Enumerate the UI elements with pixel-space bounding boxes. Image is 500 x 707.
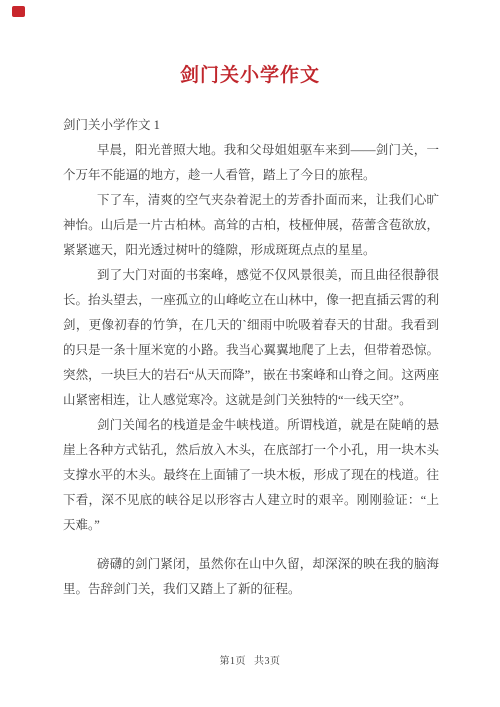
page-number-label: 第1页 [220,656,247,667]
essay-paragraph-5: 磅礴的剑门紧闭，虽然你在山中久留，却深深的映在我的脑海里。告辞剑门关，我们又踏上… [63,552,439,602]
document-page: 剑门关小学作文 剑门关小学作文 1 早晨，阳光普照大地。我和父母姐姐驱车来到——… [0,0,500,707]
document-body: 剑门关小学作文 1 早晨，阳光普照大地。我和父母姐姐驱车来到——剑门关，一个万年… [63,113,439,602]
document-title: 剑门关小学作文 [0,64,500,88]
red-corner-mark [12,6,25,17]
essay-paragraph-1: 早晨，阳光普照大地。我和父母姐姐驱车来到——剑门关，一个万年不能逼的地方，趁一人… [63,138,439,188]
page-total-label: 共3页 [254,656,281,667]
essay-paragraph-3: 到了大门对面的书案峰，感觉不仅风景很美，而且曲径很静很长。抬头望去，一座孤立的山… [63,263,439,413]
essay-subtitle: 剑门关小学作文 1 [63,113,439,138]
essay-paragraph-2: 下了车，清爽的空气夹杂着泥土的芳香扑面而来，让我们心旷神怡。山后是一片古柏林。高… [63,188,439,263]
essay-paragraph-4: 剑门关闻名的栈道是金牛峡栈道。所谓栈道，就是在陡峭的悬崖上各种方式钻孔，然后放入… [63,413,439,538]
page-footer: 第1页共3页 [0,655,500,669]
